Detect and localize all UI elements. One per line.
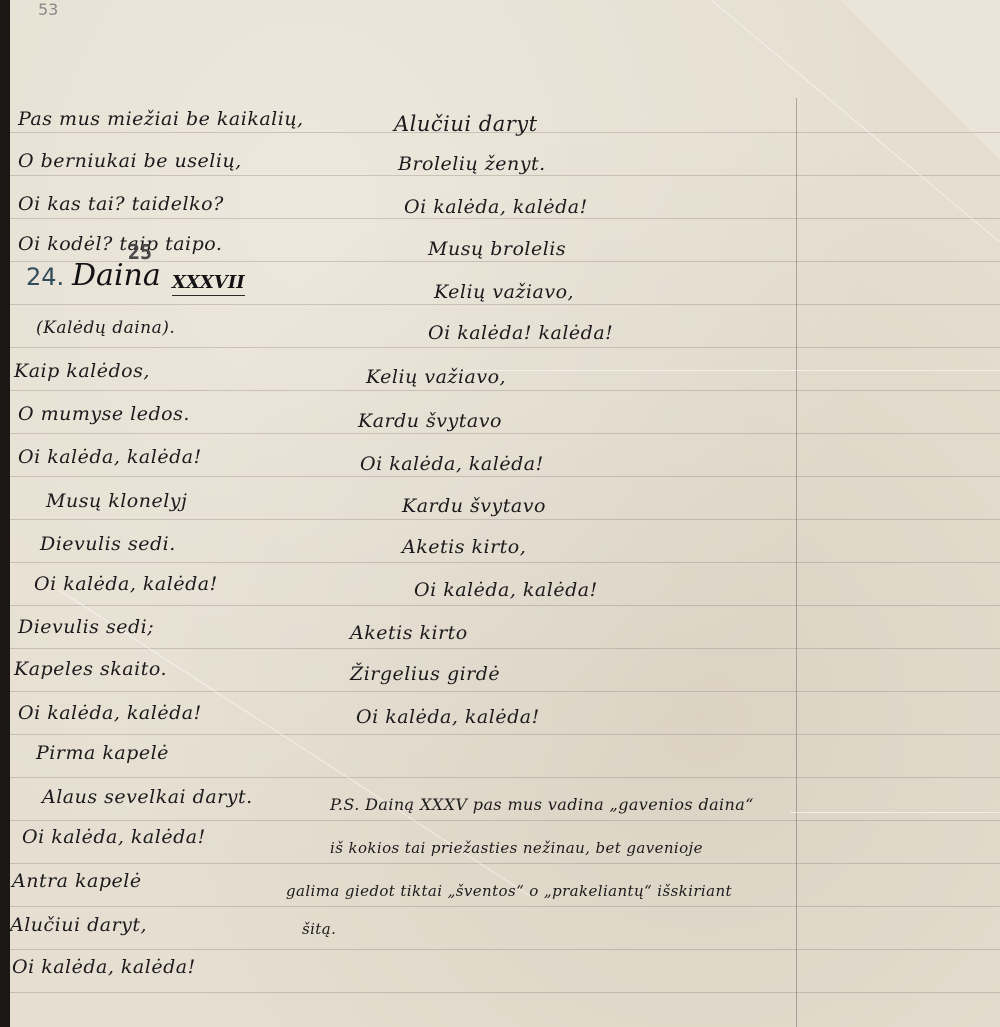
verse-line: Antra kapelė (12, 870, 142, 892)
ruled-line (10, 175, 1000, 176)
ruled-line (10, 648, 1000, 649)
postscript-line: šitą. (302, 920, 336, 938)
verse-line: O berniukai be uselių, (18, 150, 242, 172)
verse-line: Musų brolelis (428, 238, 566, 260)
ruled-line (10, 433, 1000, 434)
ruled-line (10, 304, 1000, 305)
verse-line: Oi kas tai? taidelko? (18, 193, 224, 215)
verse-line: Alučiui daryt (394, 112, 538, 136)
verse-line: Oi kalėda, kalėda! (12, 956, 196, 978)
verse-line: Kelių važiavo, (434, 281, 574, 303)
verse-line: Oi kalėda, kalėda! (22, 826, 206, 848)
ruled-line (10, 390, 1000, 391)
ruled-line (10, 906, 1000, 907)
ruled-line (10, 519, 1000, 520)
song-number-blue: 24. (26, 263, 64, 291)
fold-crease (790, 812, 1000, 813)
verse-line: Kapeles skaito. (14, 658, 167, 680)
ruled-line (10, 605, 1000, 606)
postscript-line: galima giedot tiktai „šventos“ o „prakel… (286, 882, 732, 900)
ruled-line (10, 691, 1000, 692)
verse-line: Pas mus miežiai be kaikalių, (18, 108, 304, 130)
verse-line: Kardu švytavo (358, 410, 502, 432)
verse-line: Oi kalėda, kalėda! (404, 196, 588, 218)
verse-line: Oi kalėda! kalėda! (428, 322, 613, 344)
margin-rule (796, 98, 797, 1027)
verse-line: Alaus sevelkai daryt. (42, 786, 253, 808)
verse-line: Oi kalėda, kalėda! (356, 706, 540, 728)
verse-line: O mumyse ledos. (18, 403, 190, 425)
verse-line: Kaip kalėdos, (14, 360, 150, 382)
ruled-line (10, 734, 1000, 735)
fold-crease (460, 370, 1000, 371)
ruled-line (10, 476, 1000, 477)
verse-line: Aketis kirto (350, 622, 468, 644)
song-roman-numeral: XXXVII (172, 272, 245, 296)
pencil-mark: 53 (38, 0, 58, 19)
song-title: Daina (72, 258, 161, 293)
postscript-line: P.S. Dainą XXXV pas mus vadina „gavenios… (330, 795, 754, 814)
verse-line: Oi kodėl? taip taipo. (18, 233, 222, 255)
verse-line: Alučiui daryt, (10, 914, 147, 936)
ruled-line (10, 777, 1000, 778)
folded-corner (840, 0, 1000, 160)
verse-line: Aketis kirto, (402, 536, 526, 558)
verse-line: Oi kalėda, kalėda! (360, 453, 544, 475)
postscript-line: iš kokios tai priežasties nežinau, bet g… (330, 839, 703, 857)
ruled-line (10, 347, 1000, 348)
verse-line: Dievulis sedi; (18, 616, 154, 638)
verse-line: Oi kalėda, kalėda! (18, 702, 202, 724)
verse-line: Oi kalėda, kalėda! (414, 579, 598, 601)
ruled-line (10, 992, 1000, 993)
verse-line: Dievulis sedi. (40, 533, 176, 555)
verse-line: Pirma kapelė (36, 742, 169, 764)
verse-line: Oi kalėda, kalėda! (34, 573, 218, 595)
ruled-line (10, 820, 1000, 821)
ruled-line (10, 218, 1000, 219)
ruled-line (10, 949, 1000, 950)
verse-line: Brolelių ženyt. (398, 153, 546, 175)
song-subtitle: (Kalėdų daina). (36, 318, 175, 338)
verse-line: Oi kalėda, kalėda! (18, 446, 202, 468)
verse-line: Žirgelius girdė (350, 663, 500, 685)
verse-line: Kardu švytavo (402, 495, 546, 517)
ruled-line (10, 863, 1000, 864)
verse-line: Kelių važiavo, (366, 366, 506, 388)
ruled-line (10, 562, 1000, 563)
verse-line: Musų klonelyj (46, 490, 187, 512)
manuscript-page: 53 Pas mus miežiai be kaikalių, O berniu… (10, 0, 1000, 1027)
